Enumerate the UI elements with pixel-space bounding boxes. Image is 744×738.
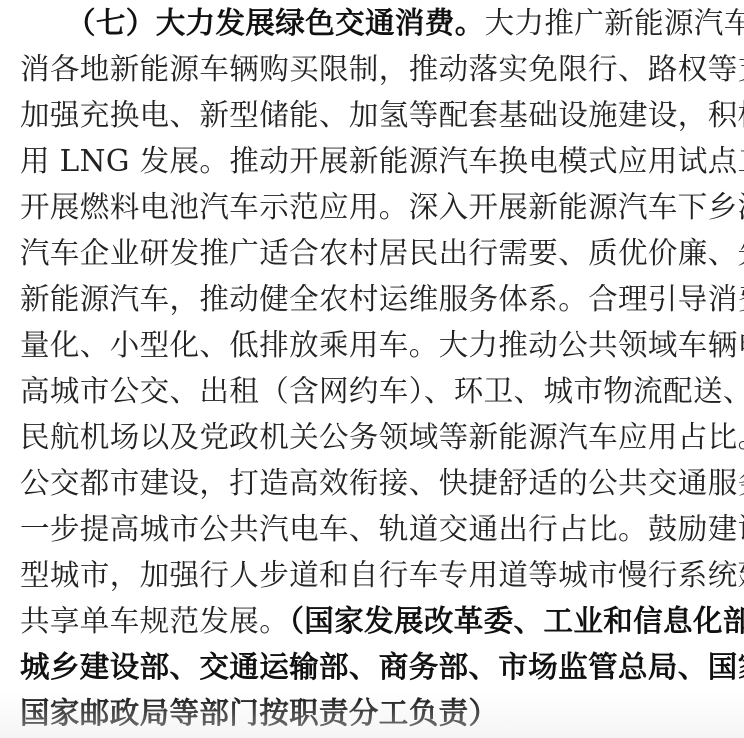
section-heading: （七）大力发展绿色交通消费。 xyxy=(66,5,485,40)
paragraph-line-8: 量化、小型化、低排放乘用车。大力推动公共领域车辆电动化，提 xyxy=(20,322,732,368)
paragraph-line-14: 共享单车规范发展。（国家发展改革委、工业和信息化部、住房和 xyxy=(20,598,732,644)
paragraph-line-9: 高城市公交、出租（含网约车）、环卫、城市物流配送、邮政快递、 xyxy=(20,368,732,414)
paragraph-line-13: 型城市，加强行人步道和自行车专用道等城市慢行系统建设。鼓励 xyxy=(20,552,732,598)
paragraph-line-11: 公交都市建设，打造高效衔接、快捷舒适的公共交通服务体系，进 xyxy=(20,460,732,506)
paragraph-line-3: 加强充换电、新型储能、加氢等配套基础设施建设，积极推进车船 xyxy=(20,92,732,138)
paragraph-line-5: 开展燃料电池汽车示范应用。深入开展新能源汽车下乡活动，鼓励 xyxy=(20,184,732,230)
paragraph-line-4: 用 LNG 发展。推动开展新能源汽车换电模式应用试点工作，有序 xyxy=(20,138,732,184)
paragraph-line-6: 汽车企业研发推广适合农村居民出行需要、质优价廉、先进适用的 xyxy=(20,230,732,276)
document-page: （七）大力发展绿色交通消费。大力推广新能源汽车，逐步取 消各地新能源车辆购买限制… xyxy=(0,0,744,738)
line-text: 共享单车规范发展。 xyxy=(20,604,289,638)
paragraph-line-12: 一步提高城市公共汽电车、轨道交通出行占比。鼓励建设行人友好 xyxy=(20,506,732,552)
line-text: 大力推广新能源汽车，逐步取 xyxy=(485,6,744,40)
paragraph-line-10: 民航机场以及党政机关公务领域等新能源汽车应用占比。深入开展 xyxy=(20,414,732,460)
paragraph-line-15: 城乡建设部、交通运输部、商务部、市场监管总局、国家能源局、 xyxy=(20,644,732,690)
paragraph-line-16: 国家邮政局等部门按职责分工负责） xyxy=(20,690,732,736)
paragraph-line-2: 消各地新能源车辆购买限制，推动落实免限行、路权等支持政策， xyxy=(20,46,732,92)
paragraph-line-7: 新能源汽车，推动健全农村运维服务体系。合理引导消费者购买轻 xyxy=(20,276,732,322)
paragraph-line-1: （七）大力发展绿色交通消费。大力推广新能源汽车，逐步取 xyxy=(66,0,732,46)
responsible-departments: （国家发展改革委、工业和信息化部、住房和 xyxy=(289,603,744,638)
